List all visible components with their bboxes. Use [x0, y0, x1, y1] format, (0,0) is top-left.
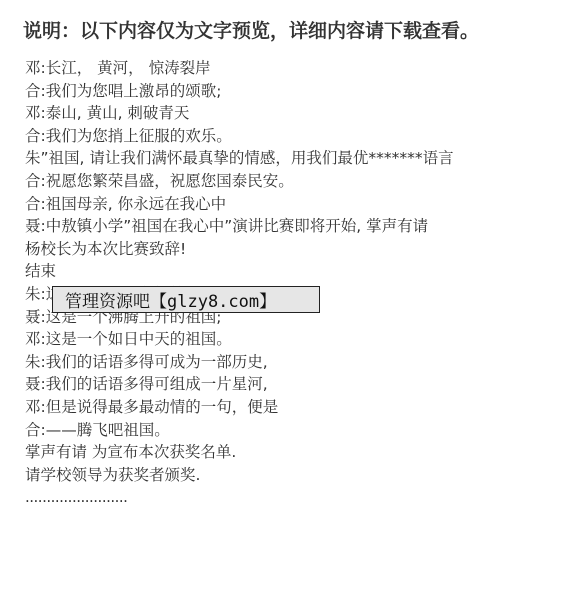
text-line: 合:我们为您唱上激昂的颂歌; [25, 80, 565, 103]
text-line: 朱”祖国, 请让我们满怀最真挚的情感，用我们最优*******语言 [25, 147, 565, 170]
text-line: 合:祝愿您繁荣昌盛，祝愿您国泰民安。 [25, 170, 565, 193]
watermark-banner: 管理资源吧【glzy8.com】 [52, 286, 320, 313]
ellipsis-line: ........................ [25, 486, 565, 509]
text-line: 聂:中敖镇小学”祖国在我心中”演讲比赛即将开始, 掌声有请 [25, 215, 565, 238]
text-line: 请学校领导为获奖者颁奖. [25, 464, 565, 487]
text-line: 杨校长为本次比赛致辞! [25, 238, 565, 261]
text-line: 邓:但是说得最多最动情的一句，便是 [25, 396, 565, 419]
text-line: 邓:这是一个如日中天的祖国。 [25, 328, 565, 351]
text-line: 掌声有请 为宣布本次获奖名单. [25, 441, 565, 464]
text-line: 聂:我们的话语多得可组成一片星河, [25, 373, 565, 396]
text-line: 邓:长江， 黄河， 惊涛裂岸 [25, 57, 565, 80]
text-line: 合:我们为您捎上征服的欢乐。 [25, 125, 565, 148]
text-line: 邓:泰山, 黄山, 刺破青天 [25, 102, 565, 125]
text-line: 合:——腾飞吧祖国。 [25, 419, 565, 442]
text-line: 合:祖国母亲, 你永远在我心中 [25, 193, 565, 216]
preview-notice-heading: 说明：以下内容仅为文字预览，详细内容请下载查看。 [23, 16, 479, 43]
text-line: 朱:我们的话语多得可成为一部历史, [25, 351, 565, 374]
text-line: 结束 [25, 260, 565, 283]
document-preview-body: 邓:长江， 黄河， 惊涛裂岸 合:我们为您唱上激昂的颂歌; 邓:泰山, 黄山, … [25, 57, 565, 509]
